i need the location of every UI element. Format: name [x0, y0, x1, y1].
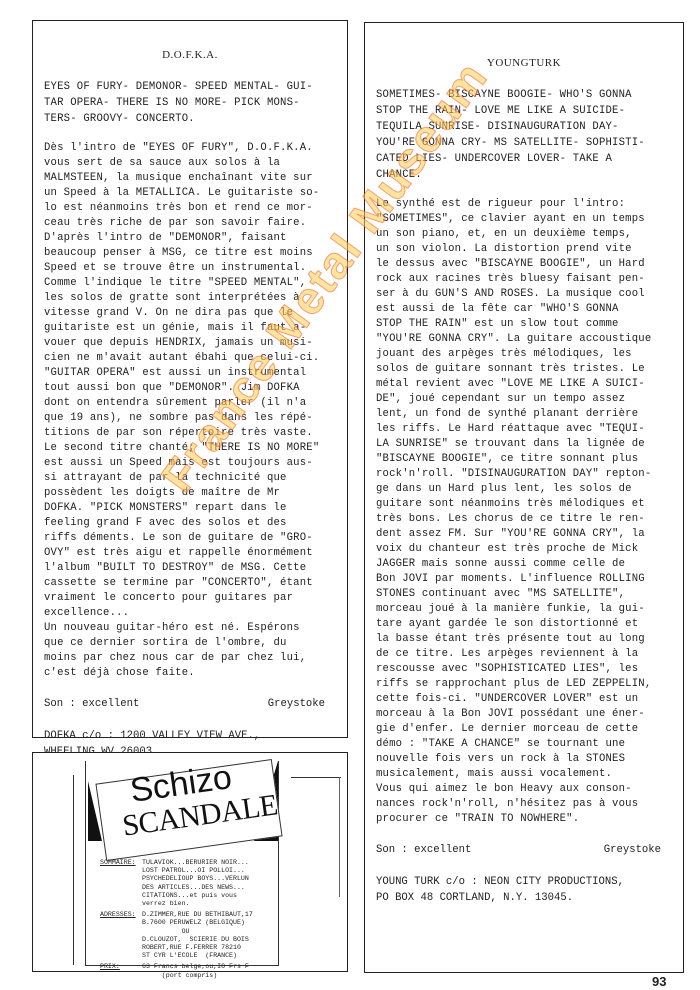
review-title: D.O.F.K.A.: [33, 49, 347, 61]
ad-divider: [339, 777, 340, 897]
tracklist: SOMETIMES- BISCAYNE BOOGIE- WHO'S GONNA …: [376, 87, 683, 183]
fanzine-ad-card: Schizo SCANDALE SOMMAIRE: TULAVIOK...BER…: [85, 761, 279, 966]
ad-value: TULAVIOK...BERURIER NOIR... LOST PATROL.…: [142, 859, 249, 908]
signature-line: Son : excellent Greystoke: [44, 697, 347, 712]
ad-label: SOMMAIRE:: [100, 859, 142, 908]
page-number: 93: [652, 974, 666, 989]
review-author: Greystoke: [604, 843, 661, 858]
tracklist: EYES OF FURY- DEMONOR- SPEED MENTAL- GUI…: [44, 79, 347, 127]
signature-line: Son : excellent Greystoke: [376, 843, 683, 858]
review-body: Dès l'intro de "EYES OF FURY", D.O.F.K.A…: [44, 141, 347, 681]
schizo-scandale-ad: Schizo SCANDALE SOMMAIRE: TULAVIOK...BER…: [32, 752, 348, 972]
youngturk-review-box: YOUNGTURK SOMETIMES- BISCAYNE BOOGIE- WH…: [364, 22, 684, 973]
contact-address: YOUNG TURK c/o : NEON CITY PRODUCTIONS, …: [376, 874, 683, 906]
ad-divider: [291, 777, 341, 778]
ad-value: D.ZIMMER,RUE DU BETHIBAUT,17 B.7600 PERU…: [142, 911, 253, 960]
ad-divider: [73, 775, 74, 965]
ad-label: ADRESSES:: [100, 911, 142, 960]
ad-row-adresses: ADRESSES: D.ZIMMER,RUE DU BETHIBAUT,17 B…: [100, 911, 253, 960]
ad-details: SOMMAIRE: TULAVIOK...BERURIER NOIR... LO…: [100, 859, 253, 983]
ad-value: 63 Francs belge,ou,IO Frs F (port compri…: [142, 963, 249, 979]
review-title: YOUNGTURK: [365, 57, 683, 69]
sound-rating: Son : excellent: [44, 697, 139, 712]
ad-row-prix: PRIX: 63 Francs belge,ou,IO Frs F (port …: [100, 963, 253, 979]
sound-rating: Son : excellent: [376, 843, 471, 858]
ad-row-sommaire: SOMMAIRE: TULAVIOK...BERURIER NOIR... LO…: [100, 859, 253, 908]
review-body: Le synthé est de rigueur pour l'intro: "…: [376, 197, 683, 827]
ad-label: PRIX:: [100, 963, 142, 979]
dofka-review-box: D.O.F.K.A. EYES OF FURY- DEMONOR- SPEED …: [32, 20, 348, 738]
review-author: Greystoke: [268, 697, 325, 712]
